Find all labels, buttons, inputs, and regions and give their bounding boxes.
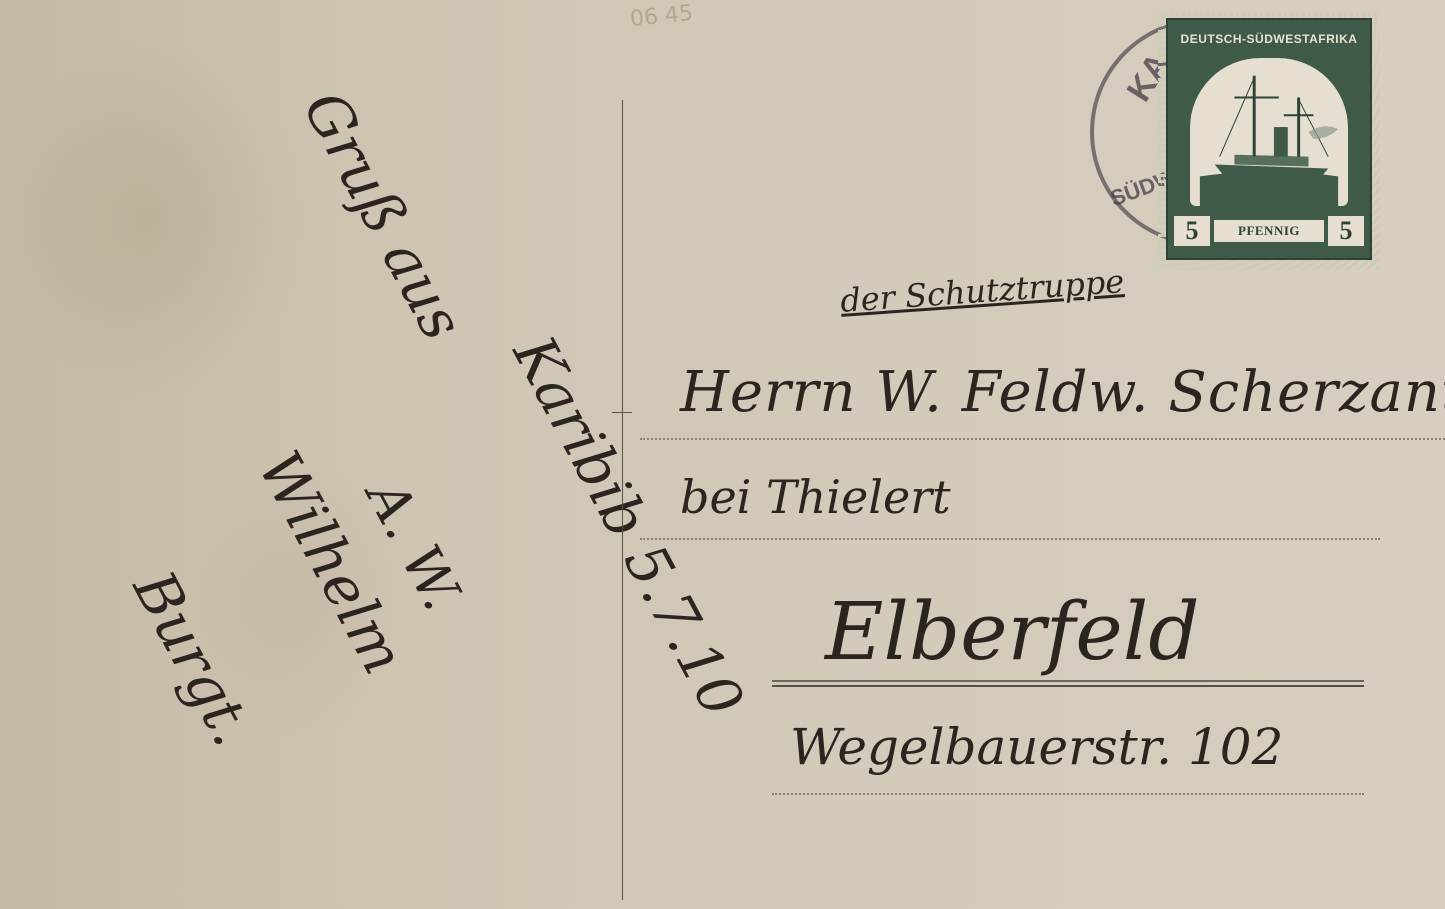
stamp-country: DEUTSCH-SÜDWESTAFRIKA (1176, 32, 1362, 46)
address-care-of: bei Thielert (680, 470, 951, 524)
address-recipient: Herrn W. Feldw. Scherzant (680, 360, 1445, 425)
stamp-frame: DEUTSCH-SÜDWESTAFRIKA 5 (1166, 18, 1372, 260)
address-city: Elberfeld (825, 585, 1200, 678)
stamp-value-left: 5 (1174, 216, 1210, 246)
message-line-greeting: Gruß aus (290, 80, 477, 351)
address-service-line: der Schutztruppe (839, 262, 1125, 320)
address-rule-2 (640, 538, 1380, 540)
address-rule-street (772, 793, 1364, 795)
address-street: Wegelbauerstr. 102 (790, 718, 1283, 776)
address-rule-1 (640, 438, 1445, 440)
postage-stamp: DEUTSCH-SÜDWESTAFRIKA 5 (1158, 12, 1380, 270)
stamp-value-right: 5 (1328, 216, 1364, 246)
stamp-value-band: 5 PFENNIG 5 (1174, 214, 1364, 248)
pencil-inventory-note: 06 45 (629, 1, 694, 32)
ship-icon (1190, 58, 1348, 206)
card-divider-line (622, 100, 623, 900)
stamp-denomination: PFENNIG (1214, 220, 1324, 242)
postcard-back: 06 45 Gruß aus Karibib 5.7.10 A. W. Wilh… (0, 0, 1445, 909)
address-rule-city (772, 680, 1364, 682)
message-line-closing: Burgt. (120, 560, 268, 757)
divider-tick (612, 412, 632, 413)
